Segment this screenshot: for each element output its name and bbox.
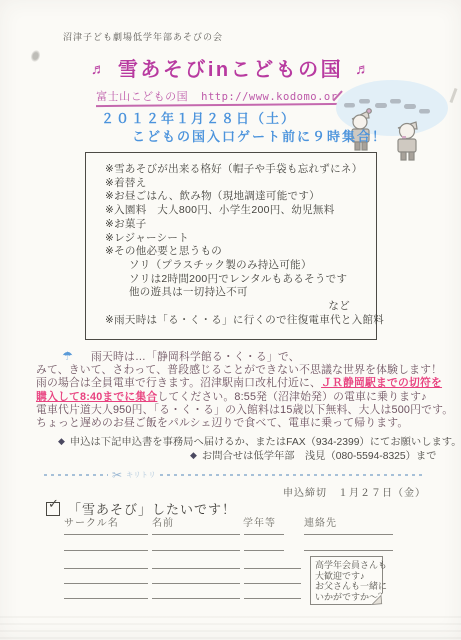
rain-plan-line: ちょっと遅めのお昼ご飯をパルシェ辺りで食べて、電車に乗って帰ります。 <box>36 417 441 430</box>
bring-sub-item: ソリ（プラスチック製のみ持込可能） <box>105 259 376 273</box>
bring-sub-item: ソリは2時間200円でレンタルもあるそうです <box>105 273 376 287</box>
apply-instruction: ◆申込は下記申込書を事務局へ届けるか、またはFAX（934-2399）にてお願い… <box>58 436 428 450</box>
bring-item: ※レジャーシート <box>105 232 376 246</box>
things-to-bring-box: ※雪あそびが出来る格好（帽子や手袋も忘れずにネ） ※着替え ※お昼ごはん、飲み物… <box>85 152 377 340</box>
rain-plan-text: 雨の場合は全員電車で行きます。沼津駅南口改札付近に、 <box>36 377 321 389</box>
diamond-bullet-icon: ◆ <box>58 436 65 446</box>
signup-blank-line <box>152 568 240 569</box>
signup-blank-line <box>64 568 148 569</box>
application-deadline: 申込締切 １月２７日（金） <box>283 484 426 499</box>
signup-blank-line <box>152 534 240 535</box>
flyer-title: 雪あそびinこどもの国 <box>118 59 343 81</box>
column-header-circle-name: サークル名 <box>64 514 119 529</box>
bring-item: ※雨天時は「る・く・る」に行くので往復電車代と入館料 <box>105 314 376 328</box>
scan-bottom-shadow <box>0 616 461 640</box>
note-line: 大歓迎です♪ <box>315 571 382 582</box>
organization-name: 沼津子ども劇場低学年部あそびの会 <box>63 30 223 43</box>
signup-blank-line <box>152 583 240 584</box>
scissors-icon: ✂ <box>112 470 122 480</box>
rain-plan-line: みて、きいて、さわって、普段感じることができない不思議な世界を体験します！ <box>36 364 441 377</box>
column-header-name: 名前 <box>152 514 174 529</box>
note-line: 高学年会員さんも <box>315 560 382 571</box>
bring-item: ※お菓子 <box>105 218 376 232</box>
rain-plan-text: 雨天時は…「静岡科学館る・く・る」で、 <box>91 351 300 363</box>
signup-blank-line <box>304 534 393 535</box>
signup-blank-line <box>244 568 301 569</box>
diamond-bullet-icon: ◆ <box>190 450 197 460</box>
signup-blank-line <box>244 534 284 535</box>
rain-plan-line: ☂雨天時は…「静岡科学館る・く・る」で、 <box>36 350 441 364</box>
signup-blank-line <box>244 583 301 584</box>
meeting-place-time: こどもの国入口ゲート前に９時集合！ <box>132 128 387 146</box>
music-note-icon: ♬ <box>91 61 106 78</box>
check-mark-icon: ✓ <box>48 496 60 512</box>
cut-here-line: ✂ キリトリ <box>44 470 423 480</box>
column-header-grade: 学年等 <box>243 514 276 529</box>
rainy-day-plan: ☂雨天時は…「静岡科学館る・く・る」で、 みて、きいて、さわって、普段感じること… <box>36 350 441 430</box>
rain-plan-line: 購入して8:40までに集合してください。8:55発（沼津始発）の電車に乗ります♪ <box>36 391 441 404</box>
dashed-line <box>44 474 108 476</box>
signup-blank-line <box>64 550 148 551</box>
venue-name: 富士山こどもの国 <box>96 91 188 103</box>
signup-blank-line <box>152 598 240 599</box>
bring-item: ※お昼ごはん、飲み物（現地調達可能です） <box>105 190 376 204</box>
cut-here-label: キリトリ <box>126 470 156 480</box>
signup-blank-line <box>64 534 148 535</box>
note-line: お父さんも一緒に <box>315 581 382 592</box>
rain-plan-line: 雨の場合は全員電車で行きます。沼津駅南口改札付近に、ＪＲ静岡駅までの切符を <box>36 377 441 390</box>
scanned-flyer-page: 沼津子ども劇場低学年部あそびの会 ♬雪あそびinこどもの国♬ 富士山こどもの国h… <box>0 0 461 640</box>
highlighted-instruction: ＪＲ静岡駅までの切符を <box>321 377 442 389</box>
event-date: ２０１２年１月２８日（土） <box>101 110 387 128</box>
checkbox-icon: ✓ <box>46 502 60 516</box>
signup-blank-line <box>244 550 284 551</box>
signup-blank-line <box>152 550 240 551</box>
bring-item: ※雪あそびが出来る格好（帽子や手袋も忘れずにネ） <box>105 163 376 177</box>
bring-item: ※着替え <box>105 177 376 191</box>
signup-blank-line <box>64 598 148 599</box>
umbrella-icon: ☂ <box>62 349 73 363</box>
highlighted-instruction: 購入して8:40までに集合 <box>36 391 157 403</box>
welcome-note: 高学年会員さんも 大歓迎です♪ お父さんも一緒に いかがですか～？ <box>310 556 383 605</box>
application-contact: ◆申込は下記申込書を事務局へ届けるか、またはFAX（934-2399）にてお願い… <box>58 436 428 464</box>
bring-item: ※その他必要と思うもの <box>105 245 376 259</box>
inquiry-text: お問合せは低学年部 浅見（080-5594-8325）まで <box>202 451 437 462</box>
rain-plan-line: 電車代片道大人950円、「る・く・る」の入館料は15歳以下無料、大人は500円で… <box>36 404 441 417</box>
signup-blank-line <box>304 550 393 551</box>
note-folded-corner-icon <box>371 593 383 605</box>
dashed-line <box>160 474 423 476</box>
signup-blank-line <box>244 598 301 599</box>
bring-sub-item: 他の遊具は一切持込不可 <box>105 286 376 300</box>
column-header-contact: 連絡先 <box>304 514 337 529</box>
event-date-block: ２０１２年１月２８日（土） こどもの国入口ゲート前に９時集合！ <box>101 110 387 145</box>
signup-blank-line <box>64 583 148 584</box>
bring-item: ※入園料 大人800円、小学生200円、幼児無料 <box>105 204 376 218</box>
rain-plan-text: してください。8:55発（沼津始発）の電車に乗ります♪ <box>157 391 426 403</box>
apply-text: 申込は下記申込書を事務局へ届けるか、またはFAX（934-2399）にてお願いし… <box>70 437 461 448</box>
etc-label: など <box>105 300 376 314</box>
inquiry-instruction: ◆お問合せは低学年部 浅見（080-5594-8325）まで <box>190 450 428 464</box>
